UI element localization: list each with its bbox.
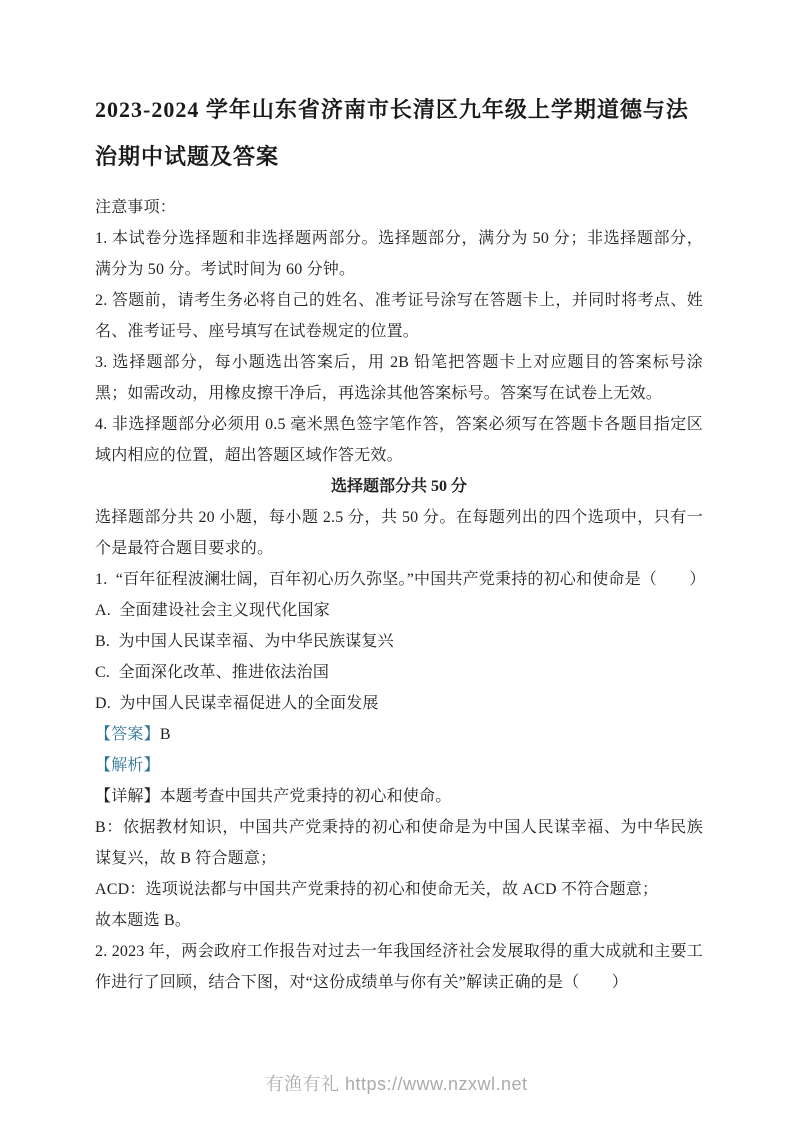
document-page: 2023-2024 学年山东省济南市长清区九年级上学期道德与法治期中试题及答案 …: [0, 0, 793, 1122]
question-1-option-a: A. 全面建设社会主义现代化国家: [95, 595, 703, 626]
question-1-option-c: C. 全面深化改革、推进依法治国: [95, 657, 703, 688]
explanation-line-1: 【详解】本题考查中国共产党秉持的初心和使命。: [95, 781, 703, 812]
section-intro: 选择题部分共 20 小题，每小题 2.5 分，共 50 分。在每题列出的四个选项…: [95, 502, 703, 564]
document-content: 2023-2024 学年山东省济南市长清区九年级上学期道德与法治期中试题及答案 …: [0, 0, 793, 998]
notice-item-3: 3. 选择题部分，每小题选出答案后，用 2B 铅笔把答题卡上对应题目的答案标号涂…: [95, 347, 703, 409]
question-1-option-b: B. 为中国人民谋幸福、为中华民族谋复兴: [95, 626, 703, 657]
section-heading: 选择题部分共 50 分: [95, 471, 703, 502]
question-1-stem: 1. “百年征程波澜壮阔，百年初心历久弥坚。”中国共产党秉持的初心和使命是（ ）: [95, 564, 703, 595]
answer-value: B: [160, 726, 171, 743]
explanation-line-4: 故本题选 B。: [95, 905, 703, 936]
question-2-stem: 2. 2023 年，两会政府工作报告对过去一年我国经济社会发展取得的重大成就和主…: [95, 936, 703, 998]
explanation-line-3: ACD：选项说法都与中国共产党秉持的初心和使命无关，故 ACD 不符合题意；: [95, 874, 703, 905]
answer-line: 【答案】B: [95, 719, 703, 750]
question-1-option-d: D. 为中国人民谋幸福促进人的全面发展: [95, 688, 703, 719]
notice-heading: 注意事项：: [95, 192, 703, 223]
analysis-line: 【解析】: [95, 750, 703, 781]
answer-label: 【答案】: [95, 726, 160, 743]
page-title: 2023-2024 学年山东省济南市长清区九年级上学期道德与法治期中试题及答案: [95, 86, 703, 180]
notice-item-2: 2. 答题前，请考生务必将自己的姓名、准考证号涂写在答题卡上，并同时将考点、姓名…: [95, 285, 703, 347]
notice-item-4: 4. 非选择题部分必须用 0.5 毫米黑色签字笔作答，答案必须写在答题卡各题目指…: [95, 409, 703, 471]
analysis-label: 【解析】: [95, 757, 160, 774]
explanation-line-2: B：依据教材知识，中国共产党秉持的初心和使命是为中国人民谋幸福、为中华民族谋复兴…: [95, 812, 703, 874]
notice-item-1: 1. 本试卷分选择题和非选择题两部分。选择题部分，满分为 50 分；非选择题部分…: [95, 223, 703, 285]
watermark-footer: 有渔有礼 https://www.nzxwl.net: [0, 1070, 793, 1096]
